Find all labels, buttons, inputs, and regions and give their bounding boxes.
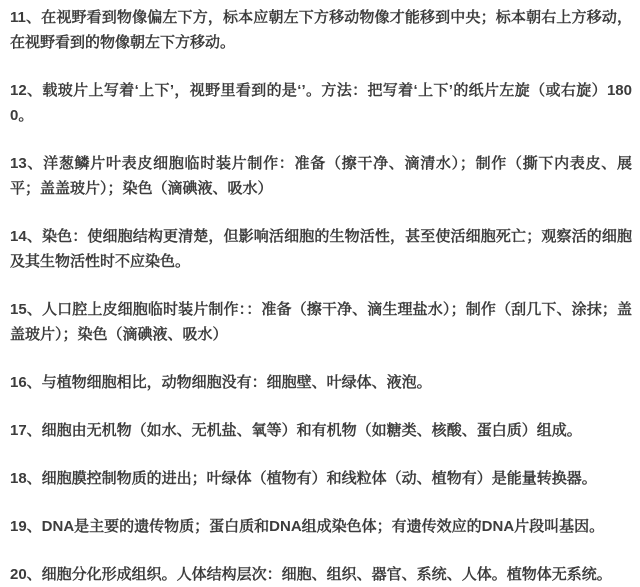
notes-list: 11、在视野看到物像偏左下方，标本应朝左下方移动物像才能移到中央；标本朝右上方移… <box>0 0 640 587</box>
note-item-17: 17、细胞由无机物（如水、无机盐、氧等）和有机物（如糖类、核酸、蛋白质）组成。 <box>10 418 632 443</box>
note-item-19: 19、DNA是主要的遗传物质；蛋白质和DNA组成染色体；有遗传效应的DNA片段叫… <box>10 514 632 539</box>
note-item-14: 14、染色：使细胞结构更清楚，但影响活细胞的生物活性，甚至使活细胞死亡；观察活的… <box>10 224 632 274</box>
note-item-18: 18、细胞膜控制物质的进出；叶绿体（植物有）和线粒体（动、植物有）是能量转换器。 <box>10 466 632 491</box>
note-item-12: 12、载玻片上写着‘上下’，视野里看到的是‘’。方法：把写着‘上下’的纸片左旋（… <box>10 78 632 128</box>
note-item-20: 20、细胞分化形成组织。人体结构层次：细胞、组织、器官、系统、人体。植物体无系统… <box>10 562 632 587</box>
note-item-15: 15、人口腔上皮细胞临时装片制作：：准备（擦干净、滴生理盐水）；制作（刮几下、涂… <box>10 297 632 347</box>
note-item-11: 11、在视野看到物像偏左下方，标本应朝左下方移动物像才能移到中央；标本朝右上方移… <box>10 5 632 55</box>
note-item-13: 13、洋葱鳞片叶表皮细胞临时装片制作：准备（擦干净、滴清水）；制作（撕下内表皮、… <box>10 151 632 201</box>
note-item-16: 16、与植物细胞相比，动物细胞没有：细胞壁、叶绿体、液泡。 <box>10 370 632 395</box>
